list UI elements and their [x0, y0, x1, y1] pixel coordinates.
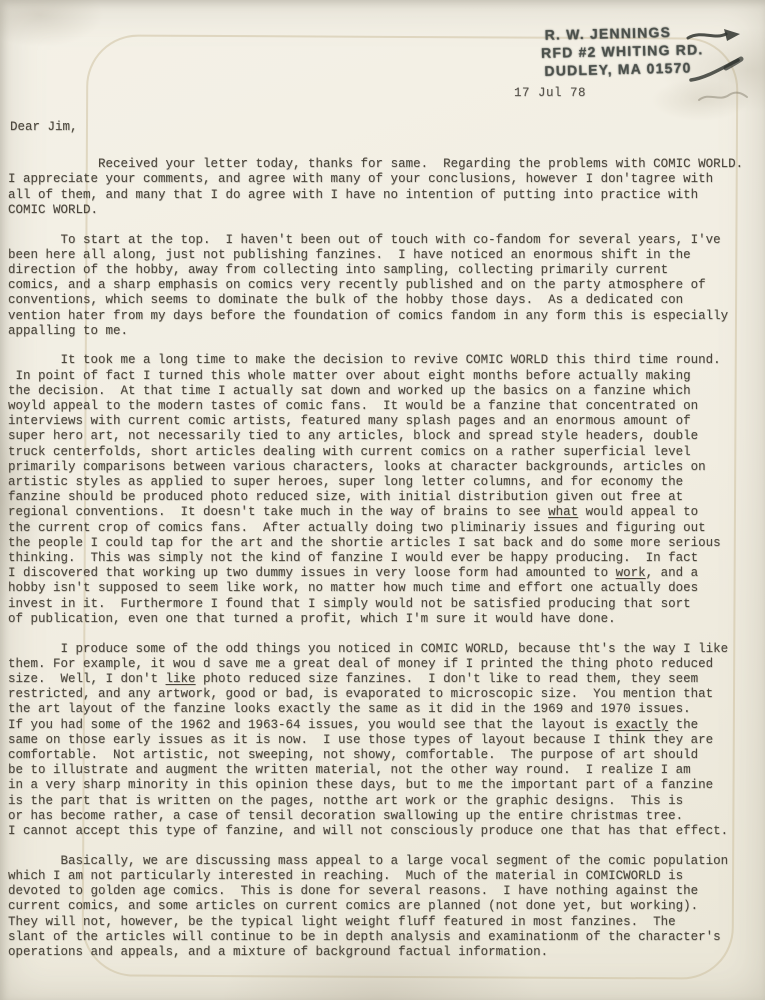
pencil-scribble-icon [697, 86, 749, 106]
letter-body: Received your letter today, thanks for s… [8, 157, 761, 960]
stamp-city: DUDLEY, MA 01570 [544, 58, 704, 80]
underlined-word: what [548, 505, 578, 519]
letter-page: R. W. JENNINGS RFD #2 WHITING RD. DUDLEY… [0, 0, 765, 1000]
letter-text-block: Dear Jim, Received your letter today, th… [8, 120, 761, 975]
paragraph: Basically, we are discussing mass appeal… [8, 854, 761, 960]
letter-date: 17 Jul 78 [514, 86, 586, 100]
underlined-word: like [166, 672, 196, 686]
underlined-word: work [616, 566, 646, 580]
address-stamp: R. W. JENNINGS RFD #2 WHITING RD. DUDLEY… [544, 22, 704, 80]
paragraph: To start at the top. I haven't been out … [8, 233, 761, 339]
paragraph: It took me a long time to make the decis… [8, 353, 761, 627]
paragraph: I produce some of the odd things you not… [8, 642, 761, 840]
underlined-word: exactly [616, 718, 669, 732]
salutation: Dear Jim, [10, 120, 761, 135]
paragraph: Received your letter today, thanks for s… [8, 157, 761, 218]
